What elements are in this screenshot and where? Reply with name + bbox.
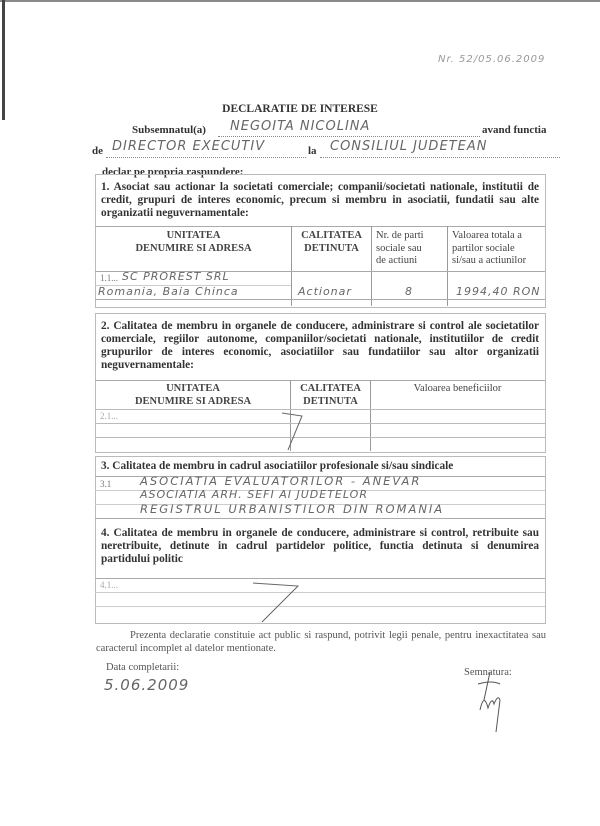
s3-entry: ASOCIATIA EVALUATORILOR - ANEVAR (140, 474, 421, 488)
de-label: de (92, 145, 103, 157)
s1-header-calitate: CALITATEADETINUTA (292, 230, 371, 255)
registration-number: Nr. 52/05.06.2009 (438, 54, 545, 65)
s3-entry: ASOCIATIA ARH. SEFI AI JUDETELOR (140, 488, 368, 501)
s1-calitate-value: Actionar (298, 285, 352, 298)
section1-title: 1. Asociat sau actionar la societati com… (101, 181, 539, 220)
section1-row-line (95, 299, 545, 300)
section1-table-top (95, 226, 545, 227)
section2-row-line (95, 437, 545, 438)
s2-header-calitate: CALITATEADETINUTA (291, 383, 370, 408)
date-value: 5.06.2009 (104, 676, 189, 694)
document-title: DECLARATIE DE INTERESE (0, 103, 600, 115)
s1-header-unitate: UNITATEADENUMIRE SI ADRESA (96, 230, 291, 255)
s1-valoare-value: 1994,40 RON (456, 285, 541, 298)
s1-row-index: 1.1... (100, 273, 118, 283)
section3-title: 3. Calitatea de membru in cadrul asociat… (101, 460, 539, 473)
section2-title: 2. Calitatea de membru in organele de co… (101, 320, 539, 372)
s1-header-valoare: Valoarea totala apartilor socialesi/sau … (452, 230, 544, 268)
scan-top-edge (0, 0, 600, 2)
s2-strikethrough-mark (280, 410, 320, 455)
footer-statement: Prezenta declaratie constituie act publi… (96, 629, 546, 655)
s1-nr-parti-value: 8 (405, 285, 413, 298)
s4-strikethrough-mark (250, 580, 310, 625)
s1-unitate-line2: Romania, Baia Chinca (98, 285, 239, 298)
section4-row-line (95, 606, 545, 607)
section3-row-line (95, 518, 545, 519)
s2-header-unitate: UNITATEADENUMIRE SI ADRESA (96, 383, 290, 408)
section4-row-line (95, 578, 545, 579)
subsemnatul-value: NEGOITA NICOLINA (230, 119, 370, 134)
avand-functia-label: avand functia (482, 124, 547, 136)
s4-row-index: 4.1... (100, 580, 118, 590)
s2-header-valoare: Valoarea beneficiilor (371, 383, 544, 396)
section2-row-line (95, 423, 545, 424)
section2-row-line (95, 409, 545, 410)
s3-row-index: 3.1 (100, 479, 111, 489)
section4-row-line (95, 592, 545, 593)
s1-unitate-line1: SC PROREST SRL (122, 270, 230, 283)
section1-col-divider (371, 226, 372, 306)
subsemnatul-label: Subsemnatul(a) (132, 124, 206, 136)
s2-row-index: 2.1... (100, 411, 118, 421)
signature-mark (470, 670, 510, 740)
s3-entry: REGISTRUL URBANISTILOR DIN ROMANIA (140, 502, 444, 516)
institutia-value: CONSILIUL JUDETEAN (330, 139, 487, 154)
la-label: la (308, 145, 317, 157)
functia-value: DIRECTOR EXECUTIV (112, 139, 265, 154)
scan-left-edge (2, 0, 5, 120)
s1-header-nr-parti: Nr. de partisociale saude actiuni (376, 230, 446, 268)
section1-col-divider (447, 226, 448, 306)
date-label: Data completarii: (106, 661, 179, 674)
section2-table-top (95, 380, 545, 381)
section4-title: 4. Calitatea de membru in organele de co… (101, 527, 539, 566)
